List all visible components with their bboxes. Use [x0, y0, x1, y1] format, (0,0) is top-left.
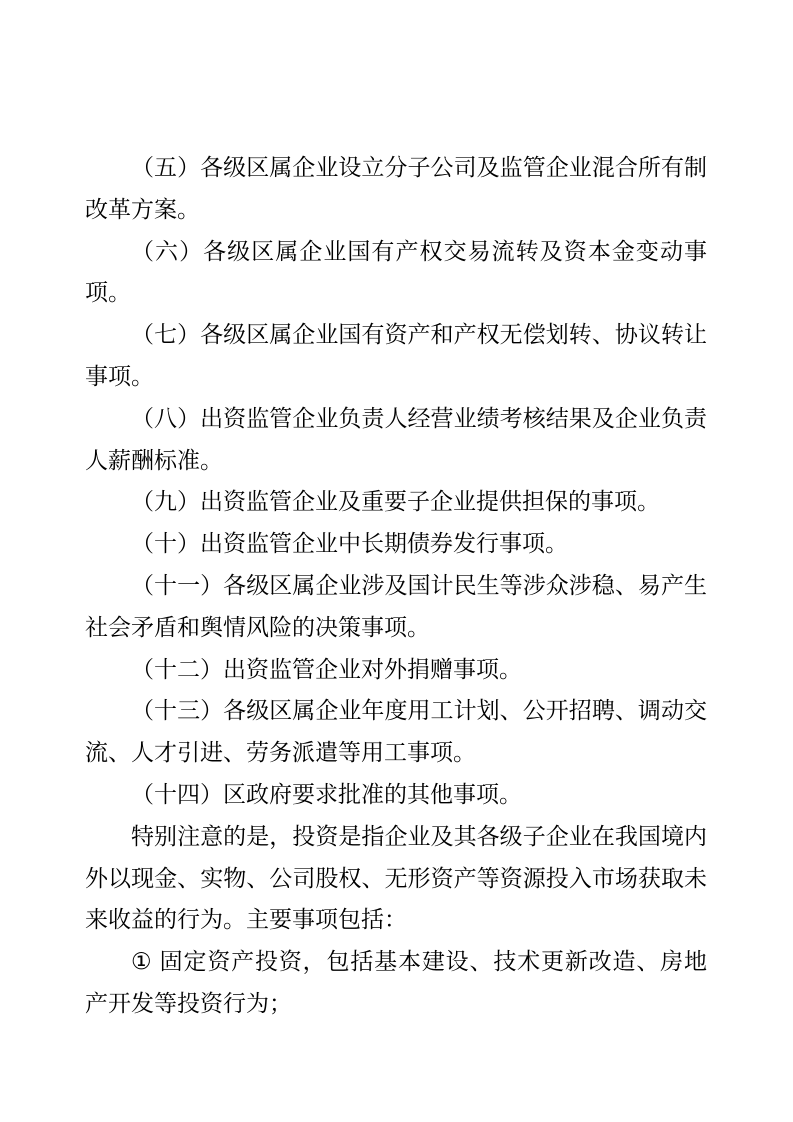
- list-item-11: （十一）各级区属企业涉及国计民生等涉众涉稳、易产生社会矛盾和舆情风险的决策事项。: [85, 565, 707, 649]
- list-item-8: （八）出资监管企业负责人经营业绩考核结果及企业负责人薪酬标准。: [85, 398, 707, 482]
- list-item-6: （六）各级区属企业国有产权交易流转及资本金变动事项。: [85, 231, 707, 315]
- document-body-text: （五）各级区属企业设立分子公司及监管企业混合所有制改革方案。 （六）各级区属企业…: [85, 147, 707, 1025]
- list-item-9: （九）出资监管企业及重要子企业提供担保的事项。: [85, 481, 707, 523]
- list-item-14: （十四）区政府要求批准的其他事项。: [85, 774, 707, 816]
- list-item-10: （十）出资监管企业中长期债券发行事项。: [85, 523, 707, 565]
- list-item-13: （十三）各级区属企业年度用工计划、公开招聘、调动交流、人才引进、劳务派遣等用工事…: [85, 690, 707, 774]
- document-page: （五）各级区属企业设立分子公司及监管企业混合所有制改革方案。 （六）各级区属企业…: [0, 0, 793, 1122]
- list-item-7: （七）各级区属企业国有资产和产权无偿划转、协议转让事项。: [85, 314, 707, 398]
- numbered-point-1: ① 固定资产投资，包括基本建设、技术更新改造、房地产开发等投资行为；: [85, 941, 707, 1025]
- list-item-12: （十二）出资监管企业对外捐赠事项。: [85, 649, 707, 691]
- note-paragraph: 特别注意的是，投资是指企业及其各级子企业在我国境内外以现金、实物、公司股权、无形…: [85, 816, 707, 941]
- list-item-5: （五）各级区属企业设立分子公司及监管企业混合所有制改革方案。: [85, 147, 707, 231]
